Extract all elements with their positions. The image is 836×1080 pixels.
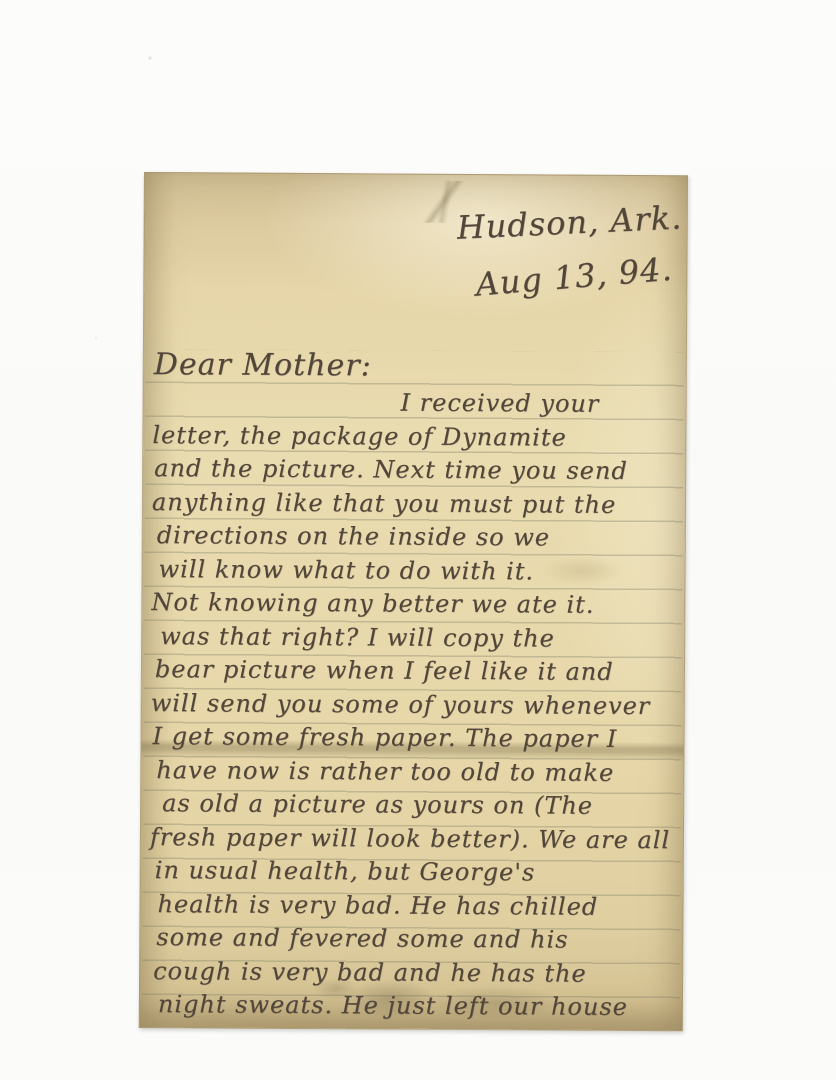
letter-salutation: Dear Mother: [154,347,372,383]
letter-line: bear picture when I feel like it and [151,653,678,690]
letter-location: Hudson, Ark. [456,198,683,246]
letter-line: anything like that you must put the [152,486,679,523]
letter-line: cough is very bad and he has the [149,955,676,992]
letter-line: some and fevered some and his [149,921,676,958]
letter-line: night sweats. He just left our house [149,988,676,1025]
letter-line: will send you some of yours whenever [151,687,678,724]
letter-line: will know what to do with it. [151,553,678,590]
letter-line: was that right? I will copy the [151,620,678,657]
letter-line: in usual health, but George's [150,854,677,891]
letter-line: as old a picture as yours on (The [150,787,677,824]
letter-line: I received your [152,385,679,422]
letter-paper: Hudson, Ark. Aug 13, 94. Dear Mother: I … [139,172,688,1031]
letter-line: directions on the inside so we [152,519,679,556]
letter-date: Aug 13, 94. [474,250,674,304]
letter-line: I get some fresh paper. The paper I [150,720,677,757]
letter-line: fresh paper will look better). We are al… [150,821,677,858]
letter-line: Not knowing any better we ate it. [151,586,678,623]
letter-line: letter, the package of Dynamite [152,419,679,456]
letter-line: have now is rather too old to make [150,754,677,791]
letter-body: I received yourletter, the package of Dy… [149,385,680,1025]
letter-line: and the picture. Next time you send [152,452,679,489]
letter-line: health is very bad. He has chilled [149,888,676,925]
